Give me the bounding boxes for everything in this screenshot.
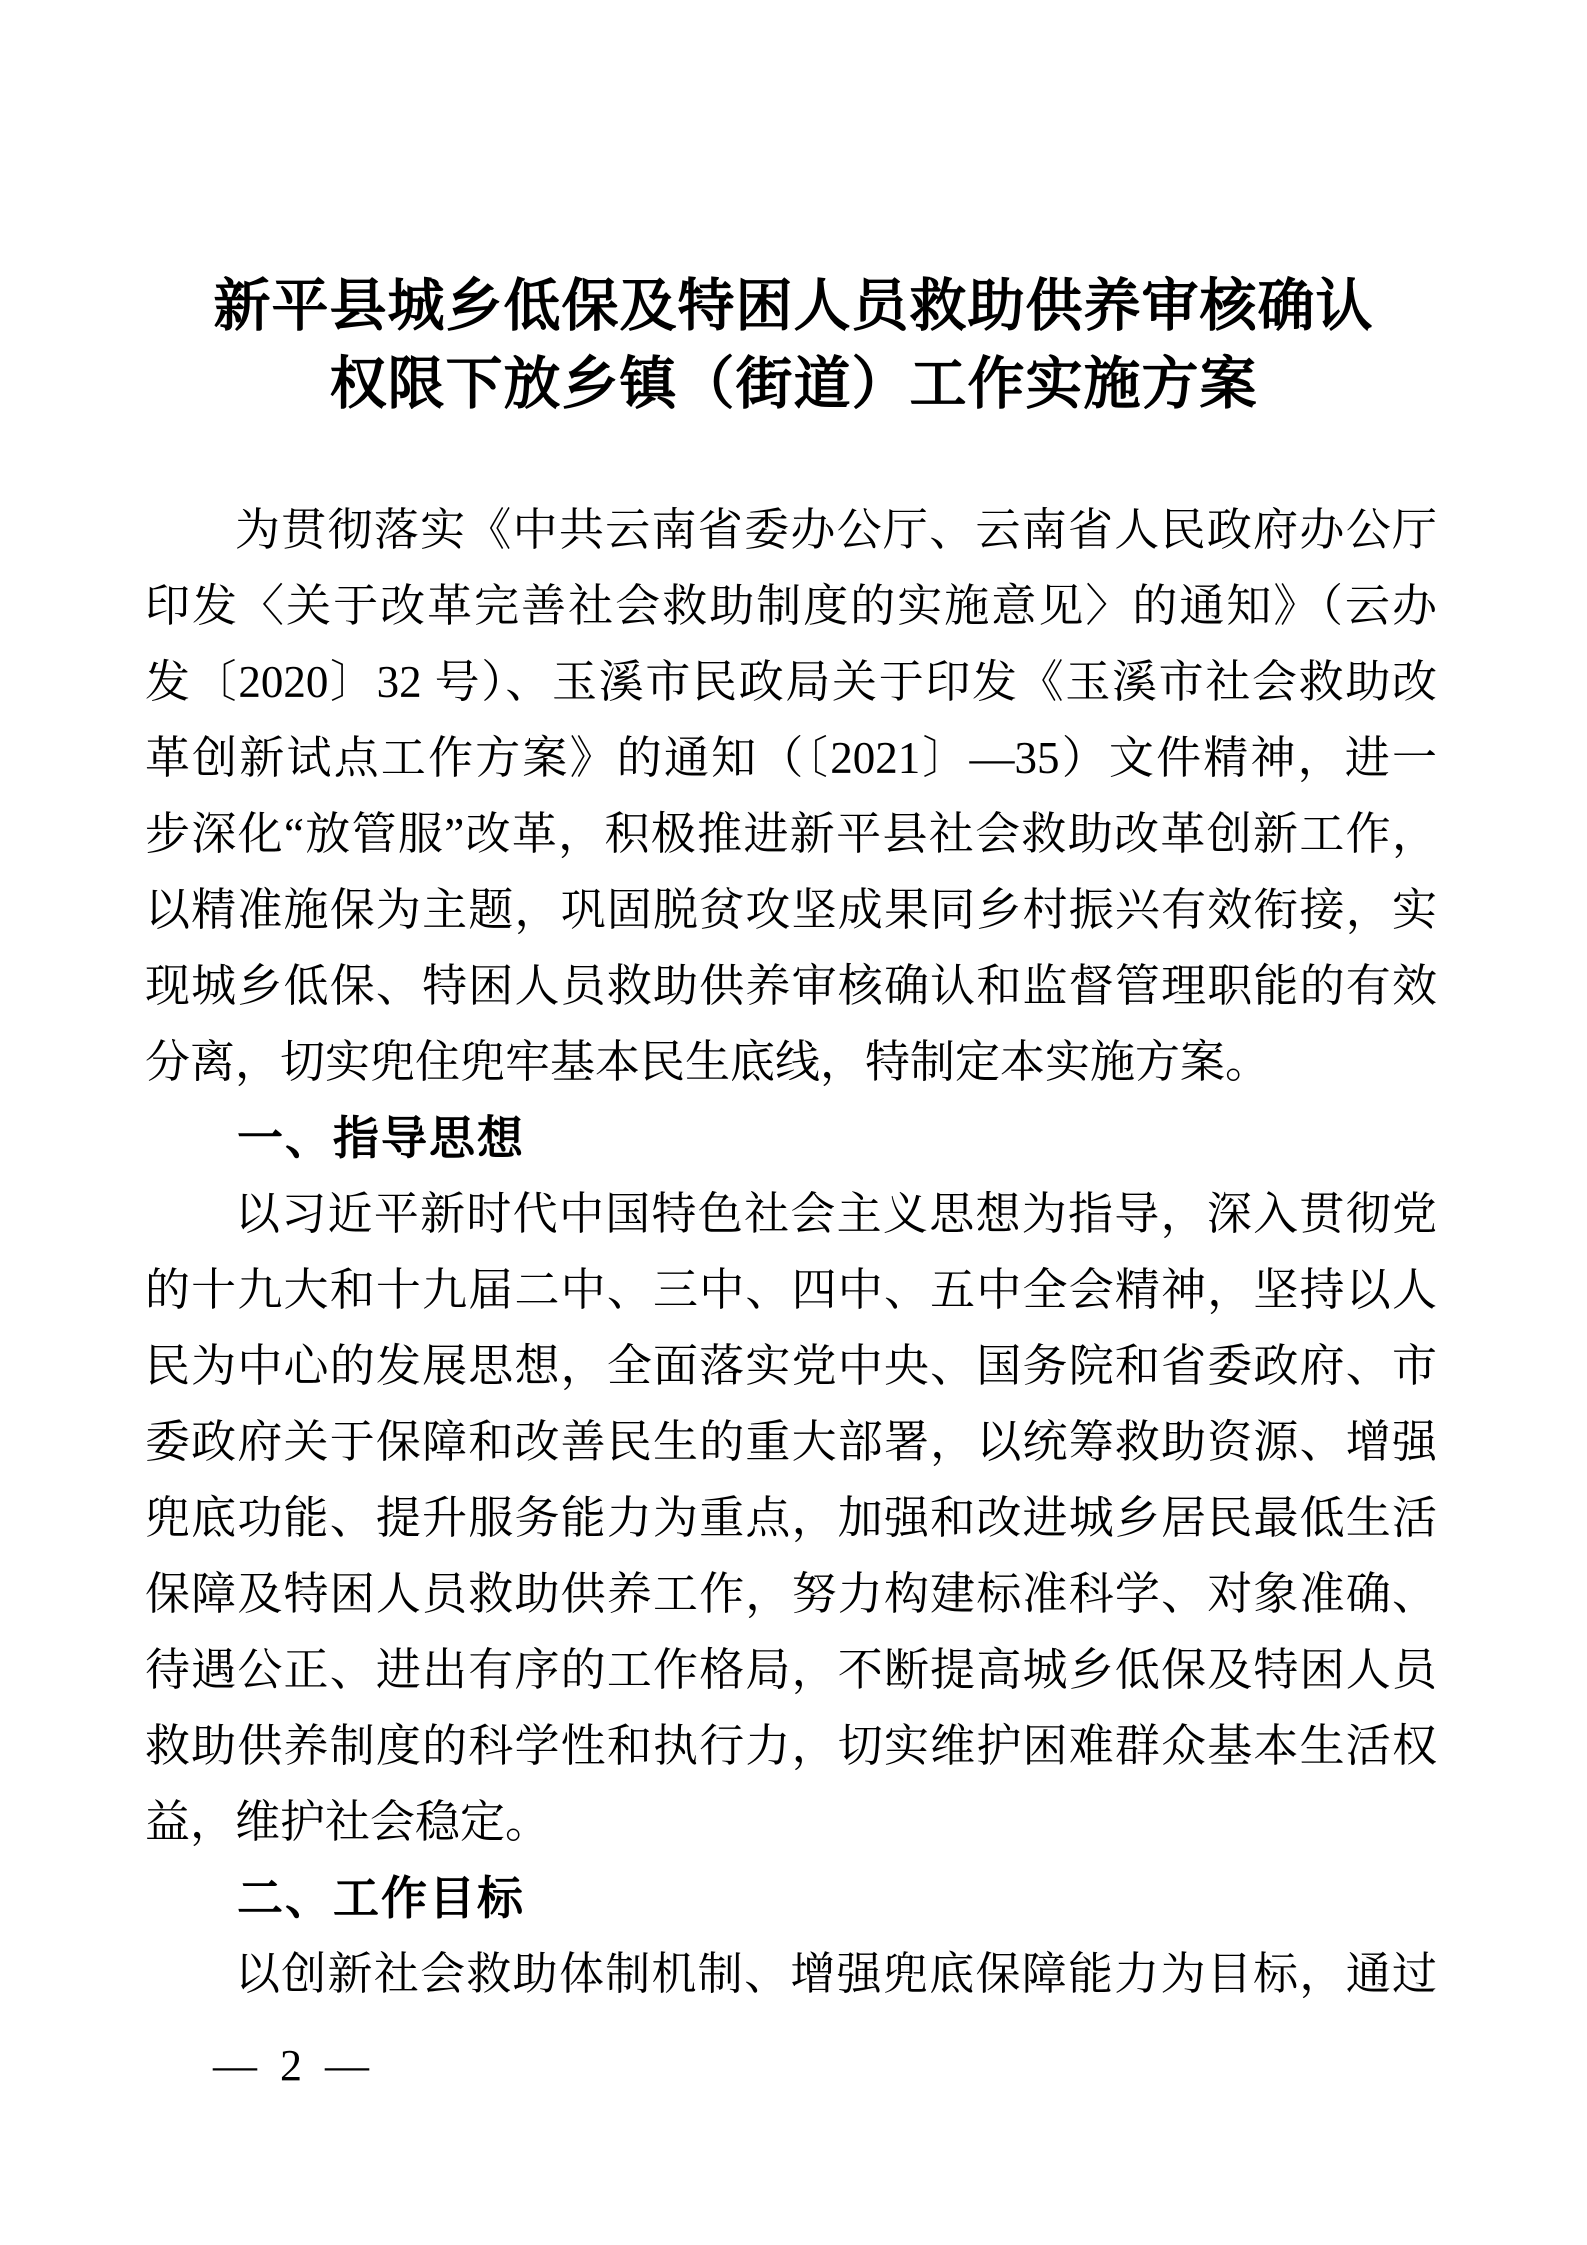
section-heading-guiding-ideology: 一、指导思想 xyxy=(145,1100,1437,1176)
document-body: 为贯彻落实《中共云南省委办公厅、云南省人民政府办公厅印发〈关于改革完善社会救助制… xyxy=(145,492,1437,2012)
paragraph-guiding-ideology: 以习近平新时代中国特色社会主义思想为指导，深入贯彻党的十九大和十九届二中、三中、… xyxy=(145,1176,1437,1860)
text-line: 革创新试点工作方案》的通知（〔2021〕—35）文件精神，进一 xyxy=(145,720,1437,796)
title-line-1: 新平县城乡低保及特困人员救助供养审核确认 xyxy=(0,268,1587,346)
text-line: 分离，切实兜住兜牢基本民生底线，特制定本实施方案。 xyxy=(145,1024,1437,1100)
text-line: 以精准施保为主题，巩固脱贫攻坚成果同乡村振兴有效衔接，实 xyxy=(145,872,1437,948)
page-number: — 2 — xyxy=(213,2040,375,2091)
paragraph-preamble: 为贯彻落实《中共云南省委办公厅、云南省人民政府办公厅印发〈关于改革完善社会救助制… xyxy=(145,492,1437,1100)
text-line: 印发〈关于改革完善社会救助制度的实施意见〉的通知》（云办 xyxy=(145,568,1437,644)
text-line: 保障及特困人员救助供养工作，努力构建标准科学、对象准确、 xyxy=(145,1556,1437,1632)
text-line: 为贯彻落实《中共云南省委办公厅、云南省人民政府办公厅 xyxy=(145,492,1437,568)
text-line: 步深化“放管服”改革，积极推进新平县社会救助改革创新工作， xyxy=(145,796,1437,872)
section-heading-work-goals: 二、工作目标 xyxy=(145,1860,1437,1936)
text-line: 待遇公正、进出有序的工作格局，不断提高城乡低保及特困人员 xyxy=(145,1632,1437,1708)
text-line: 益，维护社会稳定。 xyxy=(145,1784,1437,1860)
text-line: 以习近平新时代中国特色社会主义思想为指导，深入贯彻党 xyxy=(145,1176,1437,1252)
text-line: 民为中心的发展思想，全面落实党中央、国务院和省委政府、市 xyxy=(145,1328,1437,1404)
text-line: 的十九大和十九届二中、三中、四中、五中全会精神，坚持以人 xyxy=(145,1252,1437,1328)
text-line: 兜底功能、提升服务能力为重点，加强和改进城乡居民最低生活 xyxy=(145,1480,1437,1556)
paragraph-work-goals: 以创新社会救助体制机制、增强兜底保障能力为目标，通过 xyxy=(145,1936,1437,2012)
text-line: 以创新社会救助体制机制、增强兜底保障能力为目标，通过 xyxy=(145,1936,1437,2012)
text-line: 救助供养制度的科学性和执行力，切实维护困难群众基本生活权 xyxy=(145,1708,1437,1784)
text-line: 委政府关于保障和改善民生的重大部署，以统筹救助资源、增强 xyxy=(145,1404,1437,1480)
title-line-2: 权限下放乡镇（街道）工作实施方案 xyxy=(0,346,1587,424)
document-page: 新平县城乡低保及特困人员救助供养审核确认 权限下放乡镇（街道）工作实施方案 为贯… xyxy=(0,0,1587,2245)
document-title: 新平县城乡低保及特困人员救助供养审核确认 权限下放乡镇（街道）工作实施方案 xyxy=(0,268,1587,424)
text-line: 现城乡低保、特困人员救助供养审核确认和监督管理职能的有效 xyxy=(145,948,1437,1024)
text-line: 发〔2020〕32 号）、玉溪市民政局关于印发《玉溪市社会救助改 xyxy=(145,644,1437,720)
